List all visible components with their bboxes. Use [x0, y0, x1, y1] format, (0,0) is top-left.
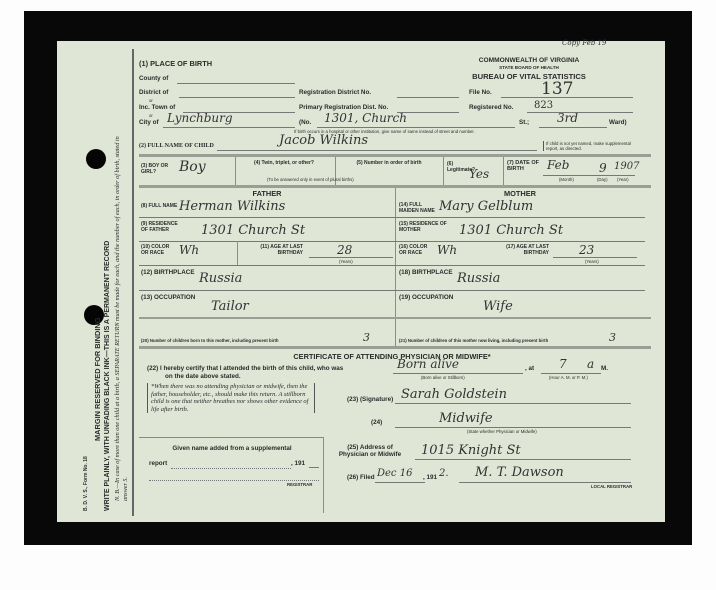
section-divider — [139, 154, 651, 157]
section-divider — [139, 346, 651, 349]
divider — [443, 157, 444, 185]
dob-line — [543, 175, 635, 176]
header-bureau: BUREAU OF VITAL STATISTICS — [414, 72, 644, 81]
supplemental-name-field[interactable] — [171, 467, 291, 469]
father-name-label: (8) FULL NAME — [141, 203, 181, 209]
row-line — [395, 217, 645, 218]
mother-occupation-value: Wife — [483, 299, 513, 314]
dob-month: Feb — [547, 158, 569, 172]
row-line — [139, 290, 395, 291]
hour-value: 7 — [559, 357, 567, 371]
registrar-line — [459, 482, 631, 483]
margin-reserved-text: MARGIN RESERVED FOR BINDING — [93, 318, 102, 441]
street-no-label: (No. — [299, 119, 311, 126]
mother-name-value: Mary Gelblum — [439, 199, 533, 214]
hour-caption: (Hour A. M. or P. M.) — [549, 375, 588, 380]
signature-label: (23) (Signature) — [347, 396, 393, 403]
street-line — [317, 127, 515, 128]
divider — [503, 157, 504, 185]
row-line — [395, 265, 645, 266]
mother-color-label: (16) COLOR OR RACE — [399, 244, 429, 256]
father-age-label: (11) AGE AT LAST BIRTHDAY — [243, 244, 303, 256]
divider — [235, 157, 236, 185]
certificate-form: (1) PLACE OF BIRTH COMMONWEALTH OF VIRGI… — [139, 47, 651, 516]
father-color-value: Wh — [179, 243, 199, 257]
city-line — [163, 127, 295, 128]
nb-note: N. B.—In case of more than one child at … — [114, 121, 130, 501]
signature-line — [395, 403, 631, 404]
district-label: District of — [139, 89, 168, 96]
father-birthplace-value: Russia — [199, 271, 242, 286]
punch-hole — [86, 149, 106, 169]
title-label: (24) — [371, 419, 382, 426]
ampm-value: a — [587, 357, 594, 371]
row-divider — [139, 317, 651, 319]
children-living-label: (21) Number of children of this mother n… — [399, 338, 548, 343]
mother-age-value: 23 — [579, 243, 594, 257]
or-label: or — [149, 98, 153, 103]
write-plainly-text: WRITE PLAINLY, WITH UNFADING BLACK INK—T… — [104, 241, 111, 511]
dob-year: 1907 — [614, 161, 639, 172]
father-name-value: Herman Wilkins — [179, 199, 285, 214]
row-line — [139, 217, 395, 218]
mother-birthplace-value: Russia — [457, 271, 500, 286]
parents-divider — [395, 188, 396, 348]
born-caption: (Born alive or Stillborn) — [421, 375, 465, 380]
city-label: City of — [139, 119, 159, 126]
form-number: B. D. V. S., Form No. 18 — [83, 456, 89, 511]
age-line — [309, 257, 393, 258]
city-value: Lynchburg — [167, 111, 233, 125]
mother-heading: MOTHER — [395, 189, 645, 198]
mother-residence-label: (15) RESIDENCE OF MOTHER — [399, 221, 447, 233]
supplemental-registrar-caption: REGISTRAR — [287, 482, 312, 487]
footnote: *When there was no attending physician o… — [147, 383, 315, 413]
header-board: STATE BOARD OF HEALTH — [414, 65, 644, 70]
father-age-value: 28 — [337, 243, 352, 257]
plural-note: (To be answered only in event of plural … — [267, 177, 354, 182]
signature-value: Sarah Goldstein — [401, 387, 507, 402]
twin-label: (4) Twin, triplet, or other? — [239, 160, 329, 166]
supplemental-registrar-field[interactable] — [149, 479, 319, 481]
years-caption: (Years) — [339, 259, 353, 264]
registered-no-line — [527, 112, 633, 113]
row-line — [139, 241, 395, 242]
certificate-heading: CERTIFICATE OF ATTENDING PHYSICIAN OR MI… — [139, 352, 645, 361]
registered-no-value: 823 — [534, 100, 553, 111]
mother-color-value: Wh — [437, 243, 457, 257]
ward-label: Ward) — [609, 119, 627, 126]
order-label: (5) Number in order of birth — [339, 160, 439, 166]
legit-value: Yes — [469, 167, 489, 181]
divider — [237, 241, 238, 265]
supplemental-year-label: , 191 — [291, 460, 305, 467]
mother-name-label: (14) FULL MAIDEN NAME — [399, 202, 435, 214]
father-birthplace-label: (12) BIRTHPLACE — [141, 269, 195, 276]
registrar-caption: LOCAL REGISTRAR — [591, 484, 632, 489]
address-value: 1015 Knight St — [421, 443, 521, 458]
month-caption: (Month) — [559, 177, 574, 182]
address-line — [415, 459, 631, 460]
row-line — [139, 265, 395, 266]
children-born-value: 3 — [363, 331, 370, 344]
filed-year-suffix: 2. — [439, 468, 449, 479]
filed-line — [375, 482, 425, 483]
street-value: 1301, Church — [324, 111, 407, 125]
ward-value: 3rd — [557, 111, 578, 125]
header-commonwealth: COMMONWEALTH OF VIRGINIA — [414, 57, 644, 64]
mother-age-label: (17) AGE AT LAST BIRTHDAY — [489, 244, 549, 256]
supplemental-text: Given name added from a supplemental — [147, 445, 317, 452]
supplemental-year-field[interactable] — [309, 467, 319, 468]
years-caption: (Years) — [585, 259, 599, 264]
registrar-value: M. T. Dawson — [475, 465, 564, 480]
reg-district-field[interactable] — [397, 97, 459, 98]
file-no-label: File No. — [469, 89, 492, 96]
row-line — [395, 241, 645, 242]
supplemental-report-label: report — [149, 460, 167, 467]
age-line — [553, 257, 637, 258]
row-line — [395, 290, 645, 291]
filed-label: (26) Filed — [347, 474, 375, 481]
title-caption: (State whether Physician or Midwife) — [467, 429, 537, 434]
dob-label: (7) DATE OF BIRTH — [507, 160, 547, 172]
binding-margin: B. D. V. S., Form No. 18 MARGIN RESERVED… — [57, 41, 132, 522]
sex-label: (3) BOY OR GIRL? — [141, 163, 181, 175]
m-label: M. — [601, 365, 608, 372]
filed-year-prefix: , 191 — [423, 474, 437, 481]
county-field[interactable] — [177, 83, 295, 84]
or-label: or — [149, 113, 153, 118]
primary-reg-label: Primary Registration Dist. No. — [299, 104, 388, 111]
certify-text: (22) I hereby certify that I attended th… — [147, 365, 343, 372]
title-line — [395, 427, 631, 428]
district-field[interactable] — [179, 97, 295, 98]
father-residence-value: 1301 Church St — [201, 223, 305, 238]
filed-value: Dec 16 — [377, 468, 412, 479]
address-label: (25) Address of Physician or Midwife — [335, 444, 405, 458]
mother-occupation-label: (19) OCCUPATION — [399, 294, 453, 301]
town-label: Inc. Town of — [139, 104, 175, 111]
born-line — [393, 373, 523, 374]
mother-birthplace-label: (18) BIRTHPLACE — [399, 269, 453, 276]
father-heading: FATHER — [139, 189, 395, 198]
place-of-birth-heading: (1) PLACE OF BIRTH — [139, 59, 212, 68]
born-value: Born alive — [397, 357, 459, 371]
child-name-note: If child is not yet named, make suppleme… — [543, 141, 642, 151]
st-label: St.; — [519, 119, 529, 126]
ward-line — [539, 127, 607, 128]
binding-line — [132, 49, 134, 516]
hour-line — [541, 373, 601, 374]
title-value: Midwife — [439, 411, 493, 426]
reg-district-label: Registration District No. — [299, 89, 371, 96]
child-name-value: Jacob Wilkins — [279, 133, 368, 148]
dob-day: 9 — [599, 161, 607, 175]
day-caption: (Day) — [597, 177, 608, 182]
father-occupation-value: Tailor — [211, 299, 249, 314]
child-name-label: (2) FULL NAME OF CHILD — [139, 143, 214, 149]
year-caption: (Year) — [617, 177, 629, 182]
father-occupation-label: (13) OCCUPATION — [141, 294, 195, 301]
file-no-value: 137 — [541, 79, 573, 99]
registered-no-label: Registered No. — [469, 104, 513, 111]
mother-residence-value: 1301 Church St — [459, 223, 563, 238]
county-label: County of — [139, 75, 168, 82]
birth-certificate: B. D. V. S., Form No. 18 MARGIN RESERVED… — [57, 41, 665, 522]
father-residence-label: (9) RESIDENCE OF FATHER — [141, 221, 185, 233]
corner-annotation: Copy Feb 19 — [562, 39, 606, 47]
sex-value: Boy — [179, 159, 206, 175]
father-color-label: (10) COLOR OR RACE — [141, 244, 171, 256]
children-living-value: 3 — [609, 331, 616, 344]
certify-text-2: on the date above stated. — [165, 373, 241, 380]
children-born-label: (20) Number of children born to this mot… — [141, 338, 279, 343]
child-name-line — [217, 150, 537, 151]
divider — [323, 437, 324, 513]
at-label: , at — [525, 365, 534, 372]
